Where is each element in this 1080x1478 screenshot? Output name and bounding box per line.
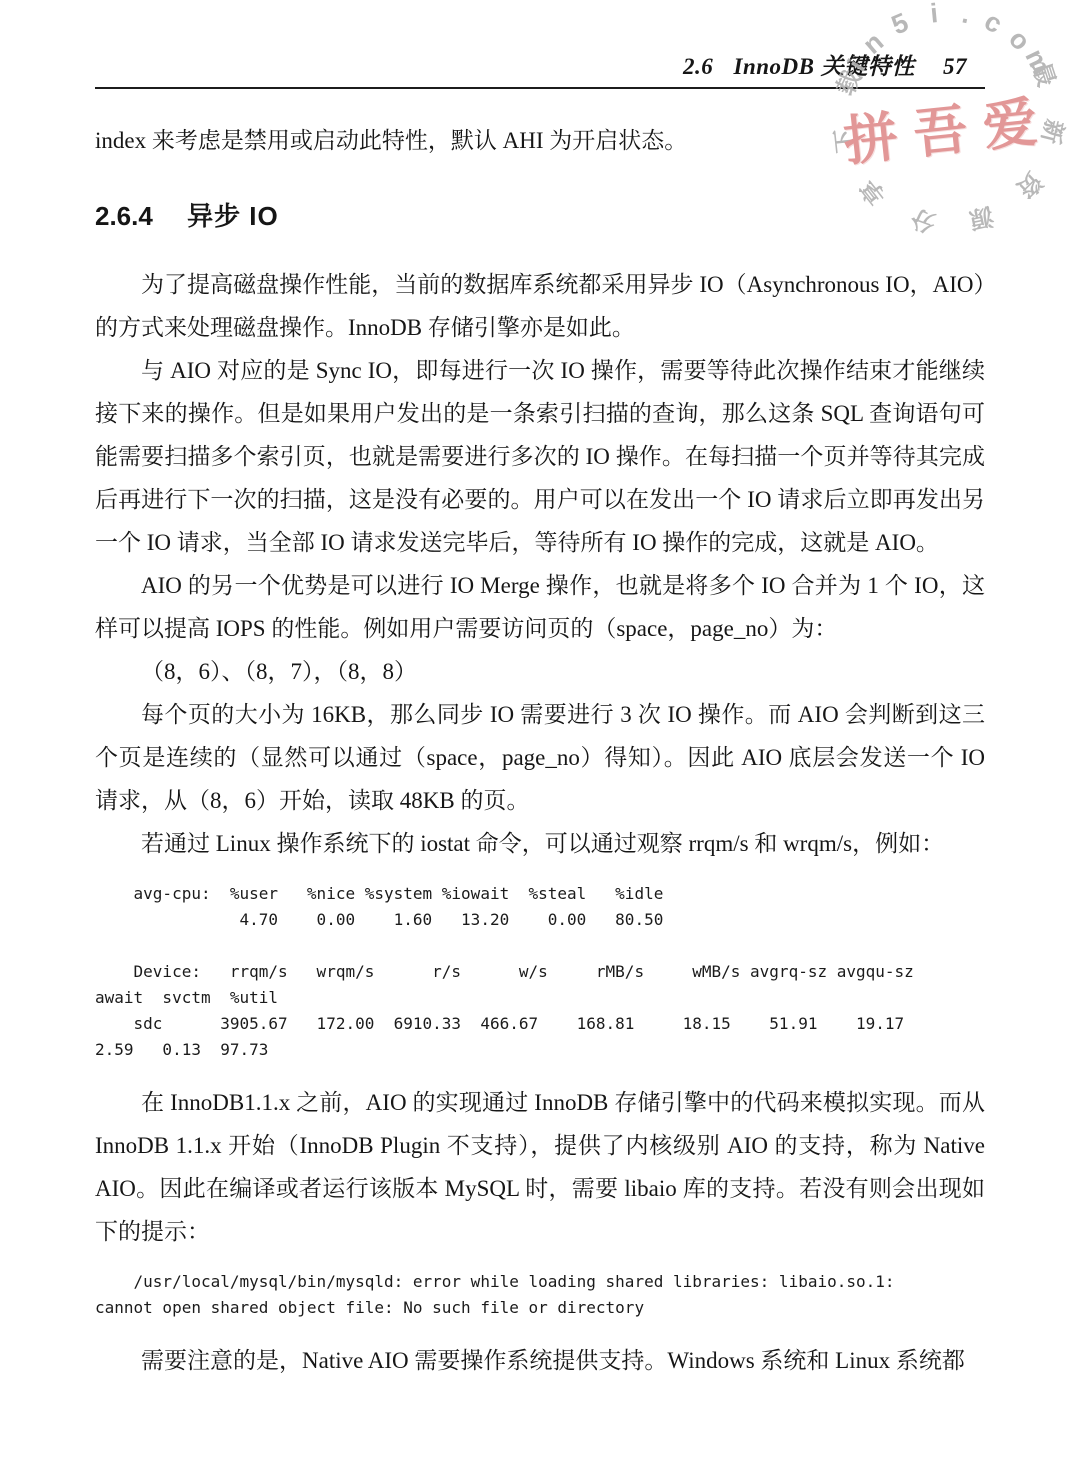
code-block-libaio-error: /usr/local/mysql/bin/mysqld: error while… [95, 1269, 985, 1321]
paragraph-iostat-intro: 若通过 Linux 操作系统下的 iostat 命令，可以通过观察 rrqm/s… [95, 822, 985, 865]
paragraph-native-aio: 在 InnoDB1.1.x 之前，AIO 的实现通过 InnoDB 存储引擎中的… [95, 1081, 985, 1253]
running-head-chapter-title: InnoDB 关键特性 [734, 54, 915, 79]
paragraph-sync-io: 与 AIO 对应的是 Sync IO，即每进行一次 IO 操作，需要等待此次操作… [95, 349, 985, 564]
paragraph-os-support: 需要注意的是，Native AIO 需要操作系统提供支持。Windows 系统和… [95, 1339, 985, 1382]
book-page: 2.6 InnoDB 关键特性 57 index 来考虑是禁用或启动此特性，默认… [0, 0, 1080, 1478]
running-head-section-number: 2.6 [683, 54, 713, 79]
paragraph-page-size: 每个页的大小为 16KB，那么同步 IO 需要进行 3 次 IO 操作。而 AI… [95, 693, 985, 822]
code-block-iostat-output: avg-cpu: %user %nice %system %iowait %st… [95, 881, 985, 1063]
page-number: 57 [943, 54, 967, 79]
body-text: index 来考虑是禁用或启动此特性，默认 AHI 为开启状态。 2.6.4 异… [95, 119, 985, 1382]
paragraph-page-tuples: （8，6）、（8，7），（8，8） [95, 650, 985, 693]
section-heading-number: 2.6.4 [95, 201, 153, 231]
section-heading-title: 异步 IO [187, 201, 279, 231]
running-head: 2.6 InnoDB 关键特性 57 [95, 48, 985, 89]
section-heading: 2.6.4 异步 IO [95, 196, 985, 233]
paragraph-carryover: index 来考虑是禁用或启动此特性，默认 AHI 为开启状态。 [95, 119, 985, 162]
paragraph-io-merge: AIO 的另一个优势是可以进行 IO Merge 操作，也就是将多个 IO 合并… [95, 564, 985, 650]
paragraph-aio-intro: 为了提高磁盘操作性能，当前的数据库系统都采用异步 IO（Asynchronous… [95, 263, 985, 349]
